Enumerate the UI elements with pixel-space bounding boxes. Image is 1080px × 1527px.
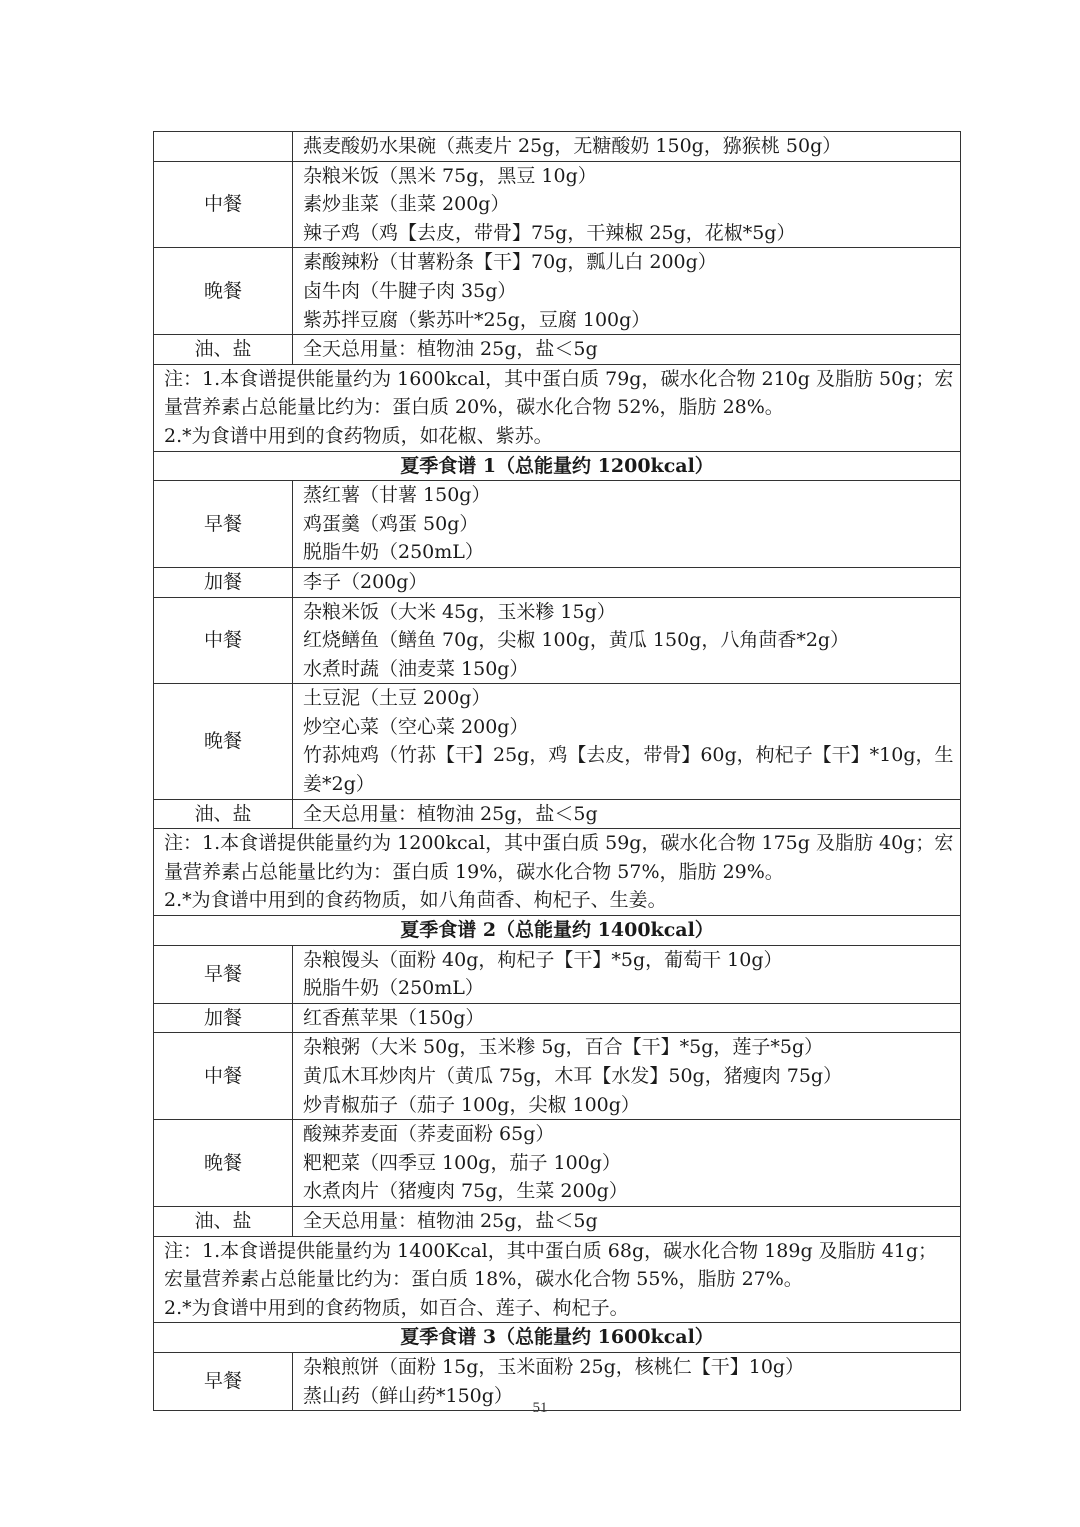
meal-items: 杂粮米饭（黑米 75g，黑豆 10g） 素炒韭菜（韭菜 200g） 辣子鸡（鸡【… bbox=[293, 161, 961, 248]
menu-title-row: 夏季食谱 1（总能量约 1200kcal） bbox=[154, 451, 961, 481]
menu-title: 夏季食谱 1（总能量约 1200kcal） bbox=[154, 451, 961, 481]
dish-item: 全天总用量：植物油 25g，盐＜5g bbox=[303, 1207, 956, 1236]
recipe-table: 燕麦酸奶水果碗（燕麦片 25g，无糖酸奶 150g，猕猴桃 50g） 中餐 杂粮… bbox=[153, 131, 961, 1411]
table-row: 中餐 杂粮米饭（黑米 75g，黑豆 10g） 素炒韭菜（韭菜 200g） 辣子鸡… bbox=[154, 161, 961, 248]
dish-item: 杂粮米饭（大米 45g，玉米糁 15g） bbox=[303, 598, 956, 627]
dish-item: 杂粮馒头（面粉 40g，枸杞子【干】*5g，葡萄干 10g） bbox=[303, 946, 956, 975]
menu-title-row: 夏季食谱 2（总能量约 1400kcal） bbox=[154, 916, 961, 946]
dish-item: 黄瓜木耳炒肉片（黄瓜 75g，木耳【水发】50g，猪瘦肉 75g） bbox=[303, 1062, 956, 1091]
meal-label: 加餐 bbox=[154, 567, 293, 597]
meal-label: 晚餐 bbox=[154, 1120, 293, 1207]
dish-item: 竹荪炖鸡（竹荪【干】25g，鸡【去皮，带骨】60g，枸杞子【干】*10g，生姜*… bbox=[303, 741, 956, 798]
note-row: 注：1.本食谱提供能量约为 1200kcal，其中蛋白质 59g，碳水化合物 1… bbox=[154, 829, 961, 916]
menu-title: 夏季食谱 3（总能量约 1600kcal） bbox=[154, 1323, 961, 1353]
table-row: 晚餐 素酸辣粉（甘薯粉条【干】70g，瓢儿白 200g） 卤牛肉（牛腱子肉 35… bbox=[154, 248, 961, 335]
dish-item: 水煮时蔬（油麦菜 150g） bbox=[303, 655, 956, 684]
meal-items: 土豆泥（土豆 200g） 炒空心菜（空心菜 200g） 竹荪炖鸡（竹荪【干】25… bbox=[293, 684, 961, 799]
meal-label: 早餐 bbox=[154, 945, 293, 1003]
meal-label: 晚餐 bbox=[154, 684, 293, 799]
meal-label: 晚餐 bbox=[154, 248, 293, 335]
dish-item: 素炒韭菜（韭菜 200g） bbox=[303, 190, 956, 219]
page-number: 51 bbox=[0, 1400, 1080, 1417]
meal-items: 李子（200g） bbox=[293, 567, 961, 597]
table-row: 加餐 红香蕉苹果（150g） bbox=[154, 1003, 961, 1033]
dish-item: 脱脂牛奶（250mL） bbox=[303, 538, 956, 567]
dish-item: 水煮肉片（猪瘦肉 75g，生菜 200g） bbox=[303, 1177, 956, 1206]
dish-item: 燕麦酸奶水果碗（燕麦片 25g，无糖酸奶 150g，猕猴桃 50g） bbox=[303, 132, 956, 161]
dish-item: 土豆泥（土豆 200g） bbox=[303, 684, 956, 713]
meal-items: 素酸辣粉（甘薯粉条【干】70g，瓢儿白 200g） 卤牛肉（牛腱子肉 35g） … bbox=[293, 248, 961, 335]
note-row: 注：1.本食谱提供能量约为 1600kcal，其中蛋白质 79g，碳水化合物 2… bbox=[154, 364, 961, 451]
dish-item: 脱脂牛奶（250mL） bbox=[303, 974, 956, 1003]
note-text: 注：1.本食谱提供能量约为 1400Kcal，其中蛋白质 68g，碳水化合物 1… bbox=[164, 1237, 954, 1294]
meal-items: 杂粮粥（大米 50g，玉米糁 5g，百合【干】*5g，莲子*5g） 黄瓜木耳炒肉… bbox=[293, 1033, 961, 1120]
dish-item: 粑粑菜（四季豆 100g，茄子 100g） bbox=[303, 1149, 956, 1178]
meal-label: 早餐 bbox=[154, 481, 293, 568]
table-row: 晚餐 酸辣荞麦面（荞麦面粉 65g） 粑粑菜（四季豆 100g，茄子 100g）… bbox=[154, 1120, 961, 1207]
dish-item: 辣子鸡（鸡【去皮，带骨】75g，干辣椒 25g，花椒*5g） bbox=[303, 219, 956, 248]
meal-items: 杂粮馒头（面粉 40g，枸杞子【干】*5g，葡萄干 10g） 脱脂牛奶（250m… bbox=[293, 945, 961, 1003]
dish-item: 鸡蛋羹（鸡蛋 50g） bbox=[303, 510, 956, 539]
meal-label bbox=[154, 132, 293, 162]
meal-label: 加餐 bbox=[154, 1003, 293, 1033]
dish-item: 素酸辣粉（甘薯粉条【干】70g，瓢儿白 200g） bbox=[303, 248, 956, 277]
table-row: 加餐 李子（200g） bbox=[154, 567, 961, 597]
table-row: 早餐 杂粮馒头（面粉 40g，枸杞子【干】*5g，葡萄干 10g） 脱脂牛奶（2… bbox=[154, 945, 961, 1003]
meal-label: 油、盐 bbox=[154, 799, 293, 829]
meal-items: 酸辣荞麦面（荞麦面粉 65g） 粑粑菜（四季豆 100g，茄子 100g） 水煮… bbox=[293, 1120, 961, 1207]
dish-item: 李子（200g） bbox=[303, 568, 956, 597]
table-row: 中餐 杂粮米饭（大米 45g，玉米糁 15g） 红烧鳝鱼（鳝鱼 70g，尖椒 1… bbox=[154, 597, 961, 684]
dish-item: 杂粮煎饼（面粉 15g，玉米面粉 25g，核桃仁【干】10g） bbox=[303, 1353, 956, 1382]
note-text: 注：1.本食谱提供能量约为 1600kcal，其中蛋白质 79g，碳水化合物 2… bbox=[164, 365, 954, 422]
meal-items: 全天总用量：植物油 25g，盐＜5g bbox=[293, 1206, 961, 1236]
meal-items: 红香蕉苹果（150g） bbox=[293, 1003, 961, 1033]
recipe-page: 燕麦酸奶水果碗（燕麦片 25g，无糖酸奶 150g，猕猴桃 50g） 中餐 杂粮… bbox=[153, 131, 961, 1411]
meal-label: 油、盐 bbox=[154, 1206, 293, 1236]
note-cell: 注：1.本食谱提供能量约为 1400Kcal，其中蛋白质 68g，碳水化合物 1… bbox=[154, 1236, 961, 1323]
table-row: 油、盐 全天总用量：植物油 25g，盐＜5g bbox=[154, 1206, 961, 1236]
dish-item: 蒸红薯（甘薯 150g） bbox=[303, 481, 956, 510]
dish-item: 杂粮粥（大米 50g，玉米糁 5g，百合【干】*5g，莲子*5g） bbox=[303, 1033, 956, 1062]
note-text: 注：1.本食谱提供能量约为 1200kcal，其中蛋白质 59g，碳水化合物 1… bbox=[164, 829, 954, 886]
note-text: 2.*为食谱中用到的食药物质，如花椒、紫苏。 bbox=[164, 422, 954, 451]
note-text: 2.*为食谱中用到的食药物质，如八角茴香、枸杞子、生姜。 bbox=[164, 886, 954, 915]
dish-item: 红香蕉苹果（150g） bbox=[303, 1004, 956, 1033]
table-row: 油、盐 全天总用量：植物油 25g，盐＜5g bbox=[154, 799, 961, 829]
meal-label: 中餐 bbox=[154, 1033, 293, 1120]
meal-items: 燕麦酸奶水果碗（燕麦片 25g，无糖酸奶 150g，猕猴桃 50g） bbox=[293, 132, 961, 162]
meal-label: 油、盐 bbox=[154, 335, 293, 365]
note-cell: 注：1.本食谱提供能量约为 1600kcal，其中蛋白质 79g，碳水化合物 2… bbox=[154, 364, 961, 451]
note-text: 2.*为食谱中用到的食药物质，如百合、莲子、枸杞子。 bbox=[164, 1294, 954, 1323]
note-cell: 注：1.本食谱提供能量约为 1200kcal，其中蛋白质 59g，碳水化合物 1… bbox=[154, 829, 961, 916]
meal-items: 全天总用量：植物油 25g，盐＜5g bbox=[293, 335, 961, 365]
meal-label: 中餐 bbox=[154, 161, 293, 248]
dish-item: 红烧鳝鱼（鳝鱼 70g，尖椒 100g，黄瓜 150g，八角茴香*2g） bbox=[303, 626, 956, 655]
table-row: 早餐 蒸红薯（甘薯 150g） 鸡蛋羹（鸡蛋 50g） 脱脂牛奶（250mL） bbox=[154, 481, 961, 568]
dish-item: 全天总用量：植物油 25g，盐＜5g bbox=[303, 335, 956, 364]
menu-title: 夏季食谱 2（总能量约 1400kcal） bbox=[154, 916, 961, 946]
dish-item: 炒空心菜（空心菜 200g） bbox=[303, 713, 956, 742]
dish-item: 杂粮米饭（黑米 75g，黑豆 10g） bbox=[303, 162, 956, 191]
meal-items: 全天总用量：植物油 25g，盐＜5g bbox=[293, 799, 961, 829]
table-row: 燕麦酸奶水果碗（燕麦片 25g，无糖酸奶 150g，猕猴桃 50g） bbox=[154, 132, 961, 162]
table-row: 晚餐 土豆泥（土豆 200g） 炒空心菜（空心菜 200g） 竹荪炖鸡（竹荪【干… bbox=[154, 684, 961, 799]
table-row: 中餐 杂粮粥（大米 50g，玉米糁 5g，百合【干】*5g，莲子*5g） 黄瓜木… bbox=[154, 1033, 961, 1120]
meal-items: 杂粮米饭（大米 45g，玉米糁 15g） 红烧鳝鱼（鳝鱼 70g，尖椒 100g… bbox=[293, 597, 961, 684]
dish-item: 酸辣荞麦面（荞麦面粉 65g） bbox=[303, 1120, 956, 1149]
dish-item: 炒青椒茄子（茄子 100g，尖椒 100g） bbox=[303, 1091, 956, 1120]
dish-item: 卤牛肉（牛腱子肉 35g） bbox=[303, 277, 956, 306]
meal-label: 中餐 bbox=[154, 597, 293, 684]
table-row: 油、盐 全天总用量：植物油 25g，盐＜5g bbox=[154, 335, 961, 365]
note-row: 注：1.本食谱提供能量约为 1400Kcal，其中蛋白质 68g，碳水化合物 1… bbox=[154, 1236, 961, 1323]
dish-item: 全天总用量：植物油 25g，盐＜5g bbox=[303, 800, 956, 829]
menu-title-row: 夏季食谱 3（总能量约 1600kcal） bbox=[154, 1323, 961, 1353]
meal-items: 蒸红薯（甘薯 150g） 鸡蛋羹（鸡蛋 50g） 脱脂牛奶（250mL） bbox=[293, 481, 961, 568]
dish-item: 紫苏拌豆腐（紫苏叶*25g，豆腐 100g） bbox=[303, 306, 956, 335]
